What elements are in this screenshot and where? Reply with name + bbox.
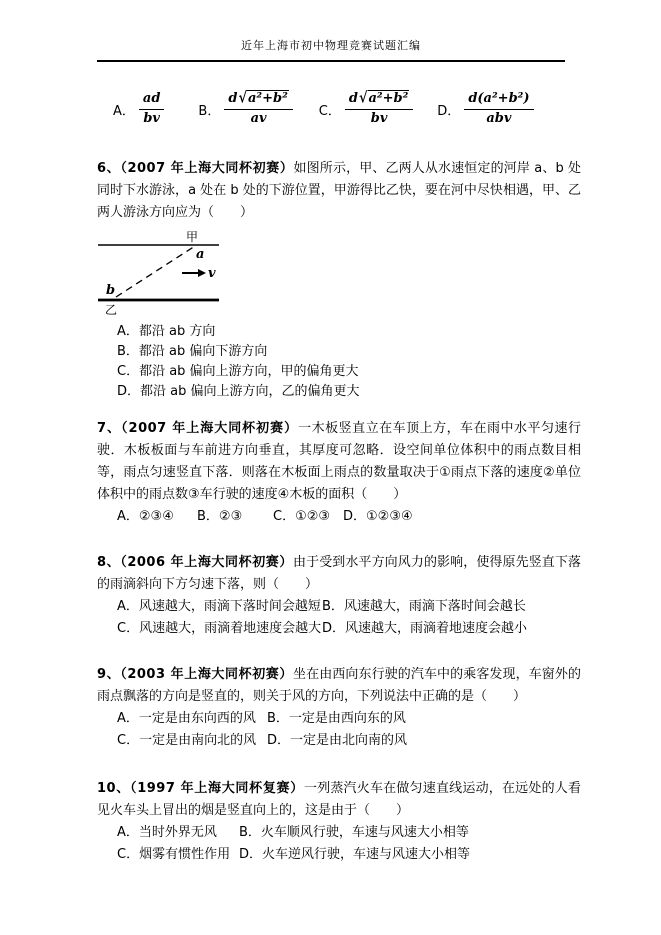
option-b: B．火车顺风行驶，车速与风速大小相等 bbox=[239, 822, 469, 844]
option-c: C．一定是由南向北的风 bbox=[117, 730, 267, 752]
options-row: A．当时外界无风 B．火车顺风行驶，车速与风速大小相等 bbox=[117, 822, 581, 844]
option-a: A．当时外界无风 bbox=[117, 822, 239, 844]
option-d: D．风速越大，雨滴着地速度会越小 bbox=[322, 618, 527, 640]
sqrt-icon: √ bbox=[359, 91, 368, 107]
question-number: 7、 bbox=[97, 421, 121, 436]
question-6: 6、（2007 年上海大同杯初赛）如图所示，甲、乙两人从水速恒定的河岸 a、b … bbox=[97, 158, 581, 402]
options-row: C．烟雾有惯性作用 D．火车逆风行驶，车速与风速大小相等 bbox=[117, 844, 581, 866]
option-d: D．都沿 ab 偏向上游方向，乙的偏角更大 bbox=[117, 382, 581, 402]
question-stem: 10、（1997 年上海大同杯复赛）一列蒸汽火车在做匀速直线运动，在远处的人看见… bbox=[97, 778, 581, 822]
option-letter: C． bbox=[319, 100, 341, 119]
flow-velocity-label: v bbox=[208, 266, 216, 281]
question-number: 8、 bbox=[97, 555, 120, 570]
question-source: （2006 年上海大同杯初赛） bbox=[120, 555, 293, 570]
radicand: a²+b² bbox=[247, 90, 289, 106]
formula-option-a: A． ad bv bbox=[113, 92, 164, 126]
option-b: B．风速越大，雨滴下落时间会越长 bbox=[322, 596, 526, 618]
numerator-prefix: d bbox=[349, 91, 358, 106]
option-c: C．风速越大，雨滴着地速度会越大 bbox=[117, 618, 322, 640]
option-d: D．①②③④ bbox=[343, 506, 413, 528]
question-stem: 6、（2007 年上海大同杯初赛）如图所示，甲、乙两人从水速恒定的河岸 a、b … bbox=[97, 158, 581, 224]
swimmer-top-label: 甲 bbox=[186, 230, 198, 244]
fraction-denominator: bv bbox=[139, 110, 165, 126]
formula-option-d: D． d(a²+b²) abv bbox=[437, 92, 533, 126]
option-letter: B． bbox=[198, 100, 220, 119]
options-row: A．一定是由东向西的风 B．一定是由西向东的风 bbox=[117, 708, 581, 730]
option-letter: A． bbox=[113, 100, 135, 119]
fraction-numerator: d√a²+b² bbox=[345, 92, 413, 109]
options-row: A．风速越大，雨滴下落时间会越短 B．风速越大，雨滴下落时间会越长 bbox=[117, 596, 581, 618]
document-page: 近年上海市初中物理竞赛试题汇编 A． ad bv B． d√a²+b² av C… bbox=[0, 0, 661, 935]
point-b-label: b bbox=[106, 283, 115, 298]
question-10: 10、（1997 年上海大同杯复赛）一列蒸汽火车在做匀速直线运动，在远处的人看见… bbox=[97, 778, 581, 866]
option-b: B．②③ bbox=[197, 506, 273, 528]
numerator-prefix: d bbox=[228, 91, 237, 106]
formula-option-c: C． d√a²+b² bv bbox=[319, 92, 414, 126]
question-stem: 7、（2007 年上海大同杯初赛）一木板竖直立在车顶上方，车在雨中水平匀速行驶．… bbox=[97, 418, 581, 506]
option-b: B．都沿 ab 偏向下游方向 bbox=[117, 342, 581, 362]
option-b: B．一定是由西向东的风 bbox=[267, 708, 406, 730]
question-source: （2007 年上海大同杯初赛） bbox=[121, 421, 298, 436]
sqrt-icon: √ bbox=[238, 91, 247, 107]
option-c: C．①②③ bbox=[273, 506, 343, 528]
option-a: A．都沿 ab 方向 bbox=[117, 322, 581, 342]
question-7: 7、（2007 年上海大同杯初赛）一木板竖直立在车顶上方，车在雨中水平匀速行驶．… bbox=[97, 418, 581, 528]
question-number: 6、 bbox=[97, 161, 120, 176]
fraction-denominator: bv bbox=[345, 110, 413, 126]
options-block: A．一定是由东向西的风 B．一定是由西向东的风 C．一定是由南向北的风 D．一定… bbox=[97, 708, 581, 752]
fraction-denominator: av bbox=[224, 110, 292, 126]
options-row: C．一定是由南向北的风 D．一定是由北向南的风 bbox=[117, 730, 581, 752]
question-source: （2007 年上海大同杯初赛） bbox=[120, 161, 293, 176]
question-source: （1997 年上海大同杯复赛） bbox=[130, 781, 304, 796]
option-d: D．火车逆风行驶，车速与风速大小相等 bbox=[239, 844, 470, 866]
option-d: D．一定是由北向南的风 bbox=[267, 730, 407, 752]
path-ab-dashed-line bbox=[116, 246, 195, 297]
options-row: A．②③④ B．②③ C．①②③ D．①②③④ bbox=[117, 506, 581, 528]
option-a: A．②③④ bbox=[117, 506, 197, 528]
fraction: d(a²+b²) abv bbox=[464, 92, 533, 126]
question-stem: 9、（2003 年上海大同杯初赛）坐在由西向东行驶的汽车中的乘客发现，车窗外的雨… bbox=[97, 664, 581, 708]
question-stem: 8、（2006 年上海大同杯初赛）由于受到水平方向风力的影响，使得原先竖直下落的… bbox=[97, 552, 581, 596]
radicand: a²+b² bbox=[368, 90, 410, 106]
option-c: C．都沿 ab 偏向上游方向，甲的偏角更大 bbox=[117, 362, 581, 382]
fraction-denominator: abv bbox=[464, 110, 533, 126]
options-block: A．当时外界无风 B．火车顺风行驶，车速与风速大小相等 C．烟雾有惯性作用 D．… bbox=[97, 822, 581, 866]
options-block: A．②③④ B．②③ C．①②③ D．①②③④ bbox=[97, 506, 581, 528]
formula-options-row: A． ad bv B． d√a²+b² av C． d√a²+b² bv bbox=[97, 82, 581, 136]
formula-option-b: B． d√a²+b² av bbox=[198, 92, 292, 126]
fraction: d√a²+b² av bbox=[224, 92, 292, 126]
option-a: A．一定是由东向西的风 bbox=[117, 708, 267, 730]
fraction-numerator: d√a²+b² bbox=[224, 92, 292, 109]
options-block: A．都沿 ab 方向 B．都沿 ab 偏向下游方向 C．都沿 ab 偏向上游方向… bbox=[97, 322, 581, 402]
question-8: 8、（2006 年上海大同杯初赛）由于受到水平方向风力的影响，使得原先竖直下落的… bbox=[97, 552, 581, 640]
flow-arrowhead bbox=[198, 269, 206, 277]
question-number: 10、 bbox=[97, 781, 130, 796]
header-rule bbox=[97, 60, 565, 62]
option-c: C．烟雾有惯性作用 bbox=[117, 844, 239, 866]
fraction: ad bv bbox=[139, 92, 165, 126]
point-a-label: a bbox=[196, 247, 204, 262]
fraction-numerator: ad bbox=[139, 92, 165, 109]
option-letter: D． bbox=[437, 100, 460, 119]
question-source: （2003 年上海大同杯初赛） bbox=[120, 667, 293, 682]
page-content: 近年上海市初中物理竞赛试题汇编 A． ad bv B． d√a²+b² av C… bbox=[97, 0, 581, 866]
options-block: A．风速越大，雨滴下落时间会越短 B．风速越大，雨滴下落时间会越长 C．风速越大… bbox=[97, 596, 581, 640]
river-diagram: 甲 a v b 乙 bbox=[97, 230, 581, 318]
fraction-numerator: d(a²+b²) bbox=[464, 92, 533, 109]
option-a: A．风速越大，雨滴下落时间会越短 bbox=[117, 596, 322, 618]
fraction: d√a²+b² bv bbox=[345, 92, 413, 126]
question-number: 9、 bbox=[97, 667, 120, 682]
swimmer-bottom-label: 乙 bbox=[105, 303, 117, 317]
question-9: 9、（2003 年上海大同杯初赛）坐在由西向东行驶的汽车中的乘客发现，车窗外的雨… bbox=[97, 664, 581, 752]
options-row: C．风速越大，雨滴着地速度会越大 D．风速越大，雨滴着地速度会越小 bbox=[117, 618, 581, 640]
page-title: 近年上海市初中物理竞赛试题汇编 bbox=[97, 38, 565, 54]
